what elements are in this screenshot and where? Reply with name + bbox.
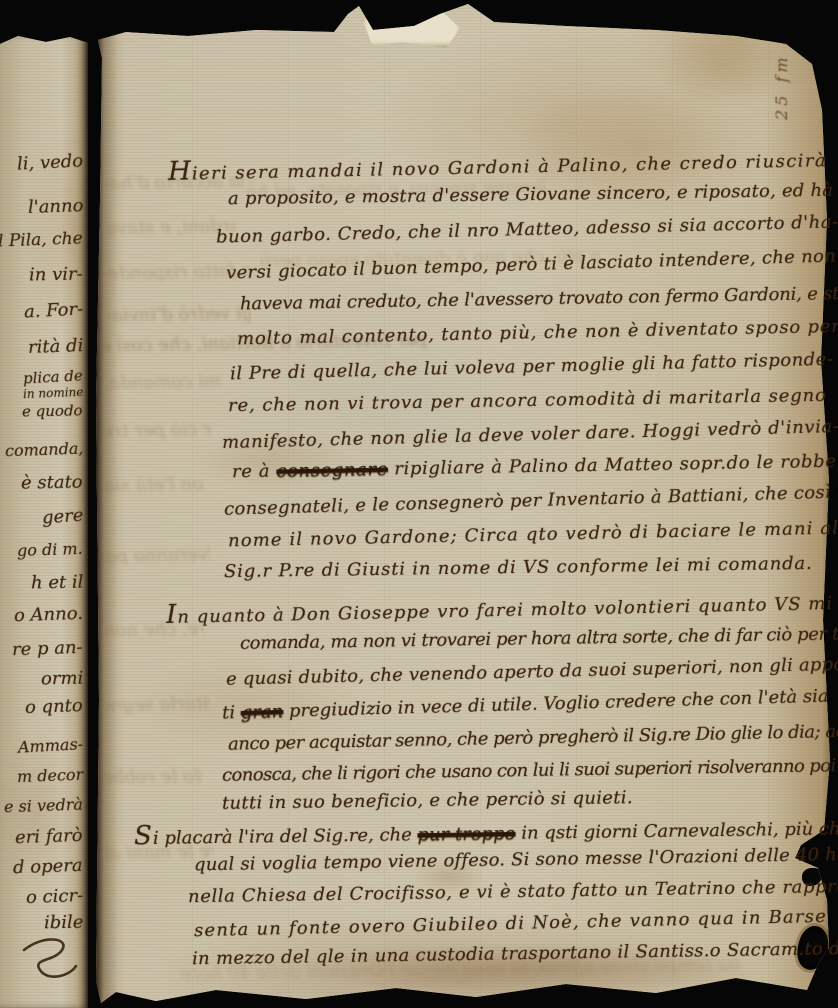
letter-line-15: comanda, ma non vi trovarei per hora alt… xyxy=(240,623,838,654)
letter-text: Hieri sera mandai il novo Gardoni à Pali… xyxy=(168,150,827,185)
letter-line-8: re, che non vi trova per ancora comodità… xyxy=(228,385,827,416)
letter-text: manifesto, che non glie la deve voler da… xyxy=(222,416,838,453)
manuscript-scan: li, vedol'annol Pila, chein vir-a. For-r… xyxy=(0,0,838,1008)
letter-text: haveva mai creduto, che l'avessero trova… xyxy=(240,283,838,315)
letter-line-18: anco per acquistar senno, che però pregh… xyxy=(228,720,838,754)
letter-text: nome il novo Gardone; Circa qto vedrò di… xyxy=(228,518,838,552)
letter-line-14: In quanto à Don Gioseppe vro farei molto… xyxy=(166,586,834,630)
letter-text: re, che non vi trova per ancora comodità… xyxy=(228,385,827,416)
letter-text: comanda, ma non vi trovarei per hora alt… xyxy=(240,623,838,654)
letter-text: versi giocato il buon tempo, però ti è l… xyxy=(226,245,837,283)
letter-line-6: molto mal contento, tanto più, che non è… xyxy=(237,316,838,350)
letter-line-4: versi giocato il buon tempo, però ti è l… xyxy=(226,245,837,283)
crossed-out-text: consegnare xyxy=(276,459,388,482)
letter-text-layer: Hieri sera mandai il novo Gardoni à Pali… xyxy=(0,0,838,1008)
letter-text: nella Chiesa del Crocifisso, e vi è stat… xyxy=(188,876,838,907)
letter-line-17: ti gran pregiudizio in vece di utile. Vo… xyxy=(222,686,829,724)
letter-text: a proposito, e mostra d'essere Giovane s… xyxy=(228,180,833,209)
letter-text: In quanto à Don Gioseppe vro farei molto… xyxy=(166,593,833,628)
letter-text: conosca, che li rigori che usano con lui… xyxy=(222,755,836,786)
letter-text: Si placarà l'ira del Sig.re, che xyxy=(134,824,418,849)
letter-line-12: nome il novo Gardone; Circa qto vedrò di… xyxy=(228,518,838,552)
letter-text: in qsti giorni Carnevaleschi, più che in xyxy=(515,818,838,844)
letter-text: il Pre di quella, che lui voleva per mog… xyxy=(230,349,834,385)
letter-line-9: manifesto, che non glie la deve voler da… xyxy=(222,416,838,453)
letter-text: ti xyxy=(222,702,241,724)
letter-text: buon garbo. Credo, che il nro Matteo, ad… xyxy=(216,211,838,247)
letter-text: consegnateli, e le consegnerò per Invent… xyxy=(224,481,838,519)
letter-line-23: nella Chiesa del Crocifisso, e vi è stat… xyxy=(188,876,838,907)
letter-text: pregiudizio in vece di utile. Voglio cre… xyxy=(283,686,829,722)
letter-text: ripigliare à Palino da Matteo sopr.do le… xyxy=(388,451,837,480)
letter-line-7: il Pre di quella, che lui voleva per mog… xyxy=(230,349,834,385)
letter-text: re à xyxy=(232,461,277,483)
letter-line-2: a proposito, e mostra d'essere Giovane s… xyxy=(228,180,833,209)
letter-line-13: Sig.r P.re di Giusti in nome di VS confo… xyxy=(224,553,813,582)
letter-text: in mezzo del qle in una custodia traspor… xyxy=(192,938,838,970)
letter-line-25: in mezzo del qle in una custodia traspor… xyxy=(192,938,838,970)
letter-text: e quasi dubito, che venendo aperto da su… xyxy=(226,653,838,689)
letter-line-3: buon garbo. Credo, che il nro Matteo, ad… xyxy=(216,211,838,247)
letter-text: molto mal contento, tanto più, che non è… xyxy=(237,316,838,350)
letter-line-5: haveva mai creduto, che l'avessero trova… xyxy=(240,283,838,315)
letter-text: senta un fonte overo Giubileo di Noè, ch… xyxy=(194,906,827,941)
letter-line-24: senta un fonte overo Giubileo di Noè, ch… xyxy=(194,906,827,941)
letter-text: tutti in suo beneficio, e che perciò si … xyxy=(222,787,633,814)
crossed-out-text: pur troppo xyxy=(417,823,515,845)
letter-line-19: conosca, che li rigori che usano con lui… xyxy=(222,755,836,786)
letter-text: anco per acquistar senno, che però pregh… xyxy=(228,720,838,754)
letter-line-11: consegnateli, e le consegnerò per Invent… xyxy=(224,481,838,519)
letter-line-10: re à consegnare ripigliare à Palino da M… xyxy=(232,451,837,483)
letter-line-16: e quasi dubito, che venendo aperto da su… xyxy=(226,653,838,689)
crossed-out-text: gran xyxy=(241,701,284,723)
letter-text: Sig.r P.re di Giusti in nome di VS confo… xyxy=(224,553,813,582)
letter-line-20: tutti in suo beneficio, e che perciò si … xyxy=(222,787,633,814)
